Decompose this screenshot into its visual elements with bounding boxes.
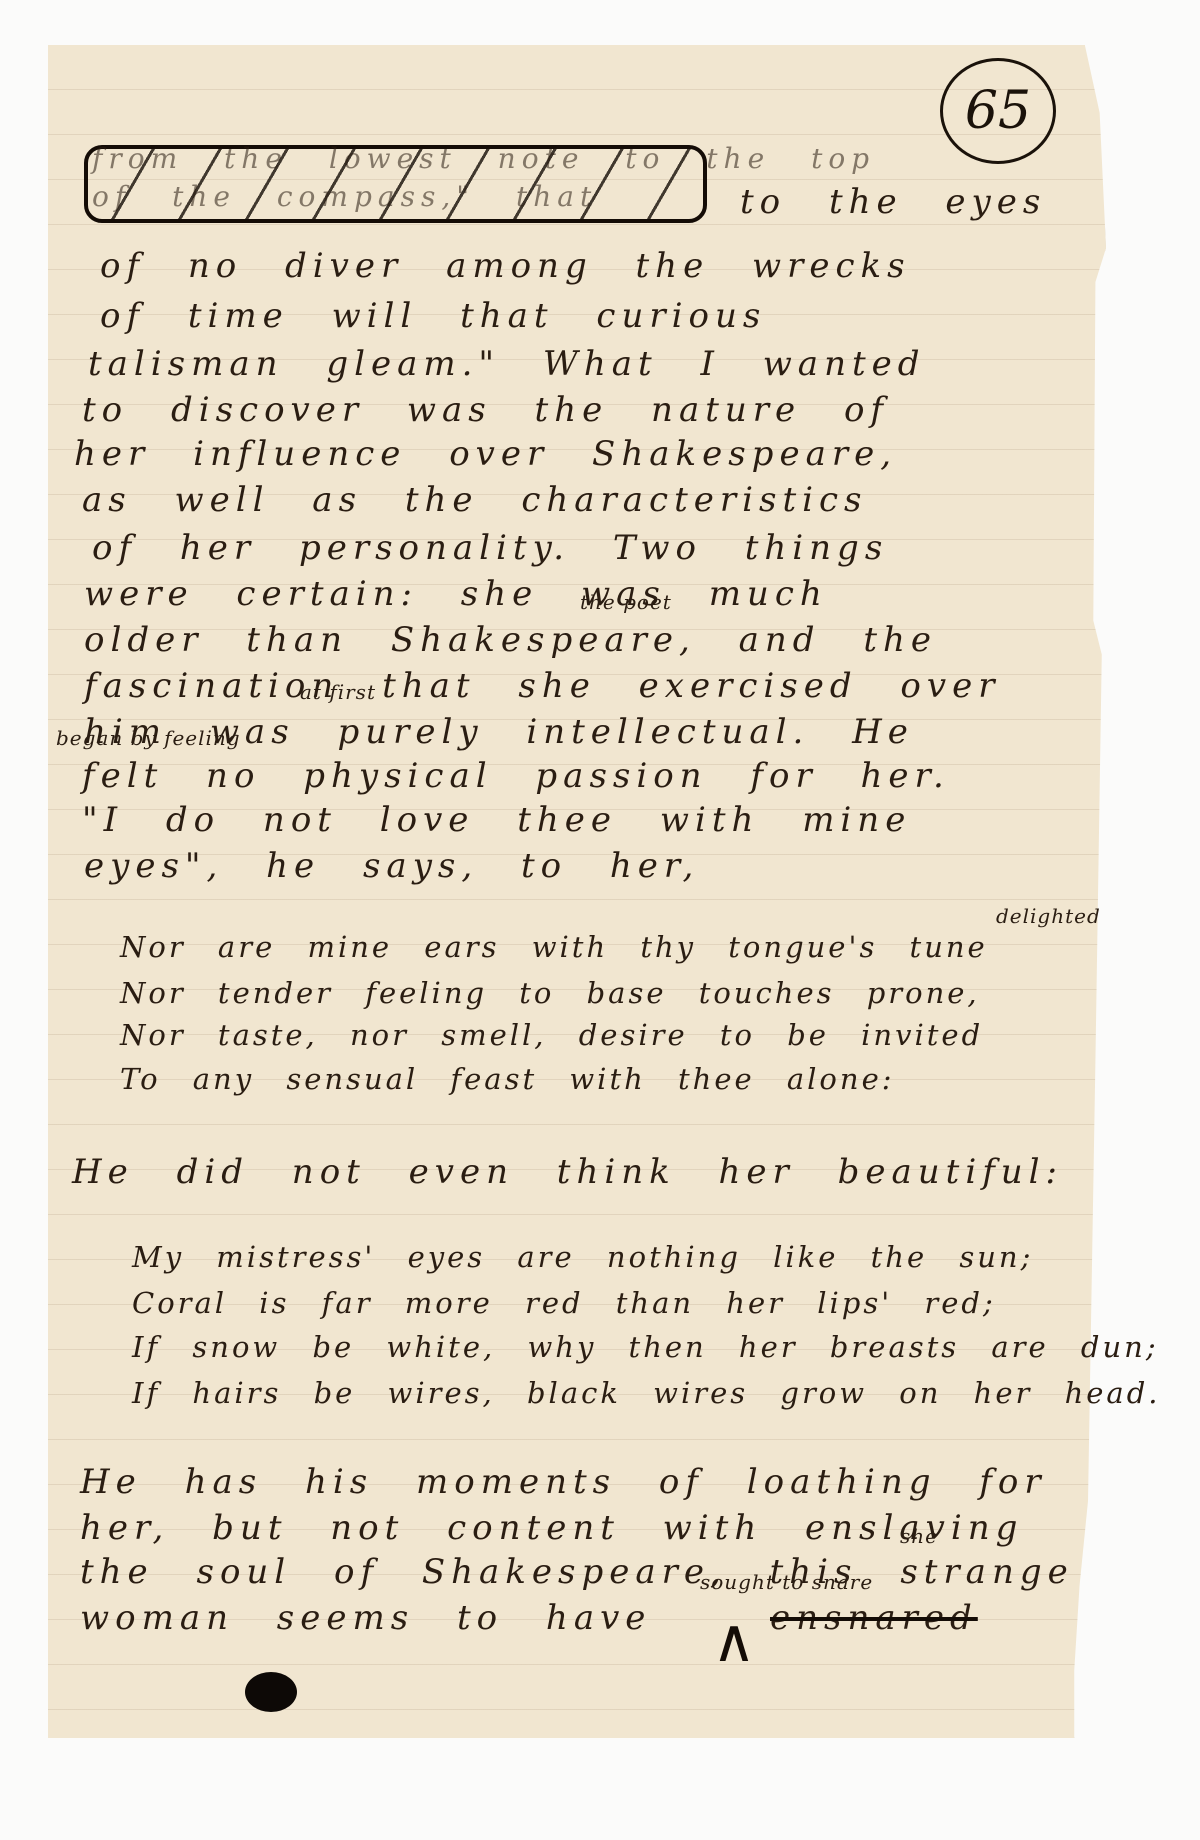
insertion-delighted: delighted <box>996 904 1101 928</box>
struck-word-ensnared: ensnared <box>770 1598 978 1638</box>
closing-line: her, but not content with enslaving <box>80 1508 1023 1548</box>
text-line: eyes", he says, to her, <box>84 846 699 886</box>
closing-line: He has his moments of loathing for <box>80 1462 1047 1502</box>
closing-line: the soul of Shakespeare, this strange <box>80 1552 1074 1592</box>
insertion-sought-to-snare: sought to snare <box>700 1570 873 1594</box>
poem-line: If snow be white, why then her breasts a… <box>132 1330 1159 1364</box>
insertion-the-poet: the poet <box>580 590 672 614</box>
poem-line: Nor taste, nor smell, desire to be invit… <box>120 1018 983 1052</box>
insertion-she: she <box>900 1524 938 1548</box>
text-line: of her personality. Two things <box>92 528 888 568</box>
text-line: felt no physical passion for her. <box>82 756 950 796</box>
poem-line: My mistress' eyes are nothing like the s… <box>132 1240 1033 1274</box>
text-line: of no diver among the wrecks <box>100 246 911 286</box>
poem-line: To any sensual feast with thee alone: <box>120 1062 895 1096</box>
text-line: to the eyes <box>740 182 1046 222</box>
ink-blot <box>245 1672 297 1712</box>
poem-line: Nor tender feeling to base touches prone… <box>120 976 980 1010</box>
text-line: talisman gleam." What I wanted <box>88 344 926 384</box>
closing-line: woman seems to have <box>80 1598 651 1638</box>
deleted-line-1: from the lowest note to the top <box>92 142 875 175</box>
poem-line: Nor are mine ears with thy tongue's tune <box>120 930 988 964</box>
text-line: "I do not love thee with mine <box>82 800 911 840</box>
text-line: to discover was the nature of <box>82 390 889 430</box>
insertion-caret: ∧ <box>712 1606 756 1676</box>
text-line: her influence over Shakespeare, <box>74 434 897 474</box>
insertion-began-by-feeling: began by feeling <box>56 726 241 750</box>
page-number: 65 <box>940 58 1056 164</box>
insertion-at-first: at first <box>300 680 376 704</box>
text-line: fascination that she exercised over <box>84 666 1000 706</box>
text-line: were certain: she was much <box>84 574 828 614</box>
poem-line: Coral is far more red than her lips' red… <box>132 1286 996 1320</box>
text-line: as well as the characteristics <box>82 480 867 520</box>
bridge-line: He did not even think her beautiful: <box>72 1152 1063 1192</box>
text-line: older than Shakespeare, and the <box>84 620 937 660</box>
text-line: of time will that curious <box>100 296 766 336</box>
deleted-line-2: of the compass," that <box>92 180 597 213</box>
poem-line: If hairs be wires, black wires grow on h… <box>132 1376 1161 1410</box>
